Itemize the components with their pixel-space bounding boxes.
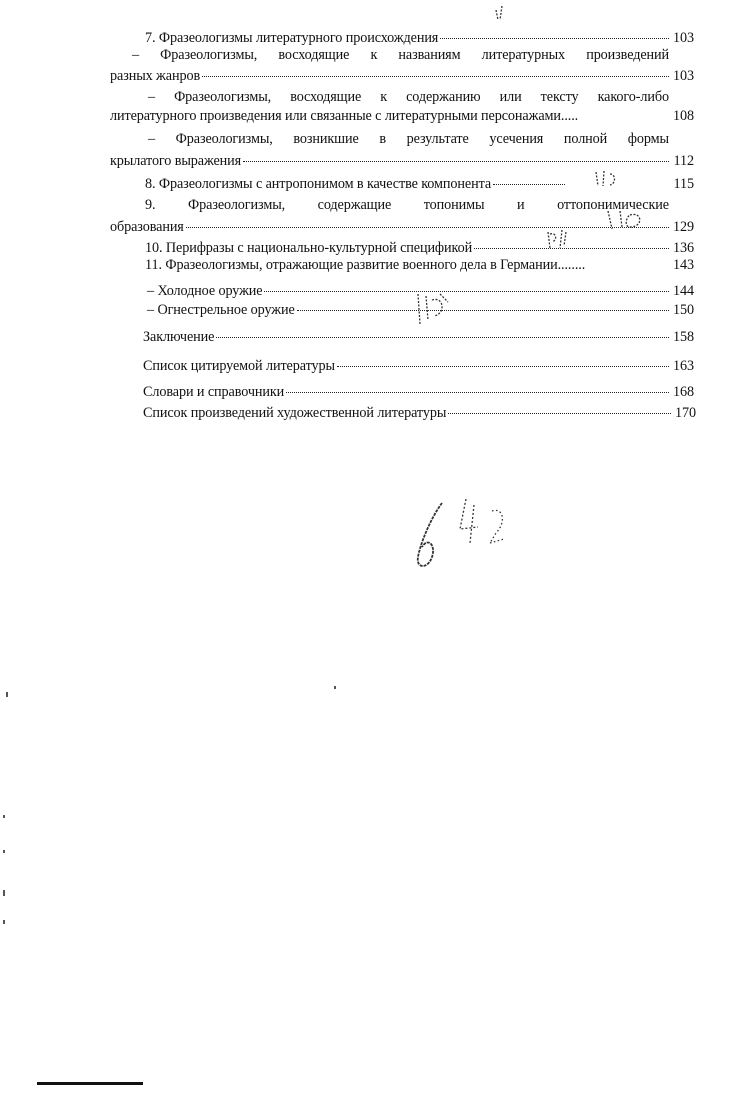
toc-page-number: 168 bbox=[672, 384, 694, 401]
toc-entry-title: 8. Фразеологизмы с антропонимом в качест… bbox=[145, 176, 491, 193]
toc-page-number: 144 bbox=[672, 283, 694, 300]
toc-page-number: 115 bbox=[672, 176, 694, 193]
toc-page-number: 163 bbox=[672, 358, 694, 375]
toc-entry-fiction: Список произведений художественной литер… bbox=[143, 402, 696, 422]
toc-entry-9-line1: 9. Фразеологизмы, содержащие топонимы и … bbox=[145, 197, 669, 214]
toc-entry-11: 11. Фразеологизмы, отражающие развитие в… bbox=[145, 257, 694, 274]
leader-dots bbox=[337, 352, 669, 367]
toc-page-number: 103 bbox=[672, 68, 694, 85]
handwritten-mark-10 bbox=[542, 226, 582, 252]
toc-entry-title: – Фразеологизмы, восходящие к содержанию… bbox=[148, 89, 669, 105]
toc-entry-title: Заключение bbox=[143, 329, 214, 346]
leader-dots bbox=[440, 24, 669, 39]
toc-entry-title: 7. Фразеологизмы литературного происхожд… bbox=[145, 30, 438, 47]
leader-dots bbox=[243, 147, 669, 162]
leader-dots bbox=[264, 277, 669, 292]
handwritten-mark-11b bbox=[410, 290, 460, 330]
toc-entry-title: Словари и справочники bbox=[143, 384, 284, 401]
toc-entry-title: Список цитируемой литературы bbox=[143, 358, 335, 375]
toc-entry-7: 7. Фразеологизмы литературного происхожд… bbox=[145, 27, 694, 47]
toc-page-number: 150 bbox=[672, 302, 694, 319]
handwritten-mark-top bbox=[490, 2, 520, 24]
toc-entry-title: – Фразеологизмы, восходящие к названиям … bbox=[132, 47, 669, 63]
toc-page-number: 170 bbox=[674, 405, 696, 422]
toc-page-number: 103 bbox=[672, 30, 694, 47]
toc-entry-title-cont: крылатого выражения bbox=[110, 153, 241, 170]
toc-entry-7a: разных жанров 103 bbox=[110, 65, 694, 85]
scan-speck bbox=[3, 850, 5, 853]
toc-entry-title: – Холодное оружие bbox=[147, 283, 262, 300]
toc-entry-10: 10. Перифразы с национально-культурной с… bbox=[145, 237, 694, 257]
toc-page-number: 112 bbox=[672, 153, 694, 170]
toc-entry-title: – Фразеологизмы, возникшие в результате … bbox=[148, 131, 669, 147]
handwritten-mark-9 bbox=[600, 205, 660, 235]
toc-page-number: 136 bbox=[672, 240, 694, 257]
leader-dots bbox=[297, 296, 669, 311]
toc-page-number: 108 bbox=[672, 108, 694, 125]
toc-entry-title-cont: образования bbox=[110, 219, 184, 236]
toc-entry-title-cont: литературного произведения или связанные… bbox=[110, 108, 578, 125]
leader-dots bbox=[202, 62, 669, 77]
leader-dots bbox=[493, 170, 565, 185]
handwritten-mark-8 bbox=[588, 168, 628, 190]
toc-entry-7b: литературного произведения или связанные… bbox=[110, 108, 694, 125]
toc-entry-title-cont: разных жанров bbox=[110, 68, 200, 85]
toc-entry-dictionaries: Словари и справочники 168 bbox=[143, 381, 694, 401]
leader-dots bbox=[448, 399, 671, 414]
scan-speck bbox=[6, 692, 8, 697]
toc-entry-title: 10. Перифразы с национально-культурной с… bbox=[145, 240, 472, 257]
scan-speck bbox=[3, 920, 5, 924]
toc-entry-title: 9. Фразеологизмы, содержащие топонимы и … bbox=[145, 197, 669, 213]
toc-page-number: 129 bbox=[672, 219, 694, 236]
handwritten-page-count bbox=[400, 495, 520, 575]
toc-entry-7b-line1: – Фразеологизмы, восходящие к содержанию… bbox=[148, 89, 669, 106]
toc-page-number: 143 bbox=[672, 257, 694, 274]
toc-entry-title: 11. Фразеологизмы, отражающие развитие в… bbox=[145, 257, 585, 274]
toc-entry-7c-line1: – Фразеологизмы, возникшие в результате … bbox=[148, 131, 669, 148]
leader-dots bbox=[186, 213, 669, 228]
toc-entry-references: Список цитируемой литературы 163 bbox=[143, 355, 694, 375]
toc-page-number: 158 bbox=[672, 329, 694, 346]
leader-dots bbox=[286, 378, 669, 393]
scan-speck bbox=[3, 890, 5, 896]
toc-entry-title: – Огнестрельное оружие bbox=[147, 302, 295, 319]
footnote-rule bbox=[37, 1082, 143, 1085]
scan-speck bbox=[3, 815, 5, 818]
scan-speck bbox=[334, 686, 336, 689]
toc-entry-7c: крылатого выражения 112 bbox=[110, 150, 694, 170]
toc-entry-title: Список произведений художественной литер… bbox=[143, 405, 446, 422]
